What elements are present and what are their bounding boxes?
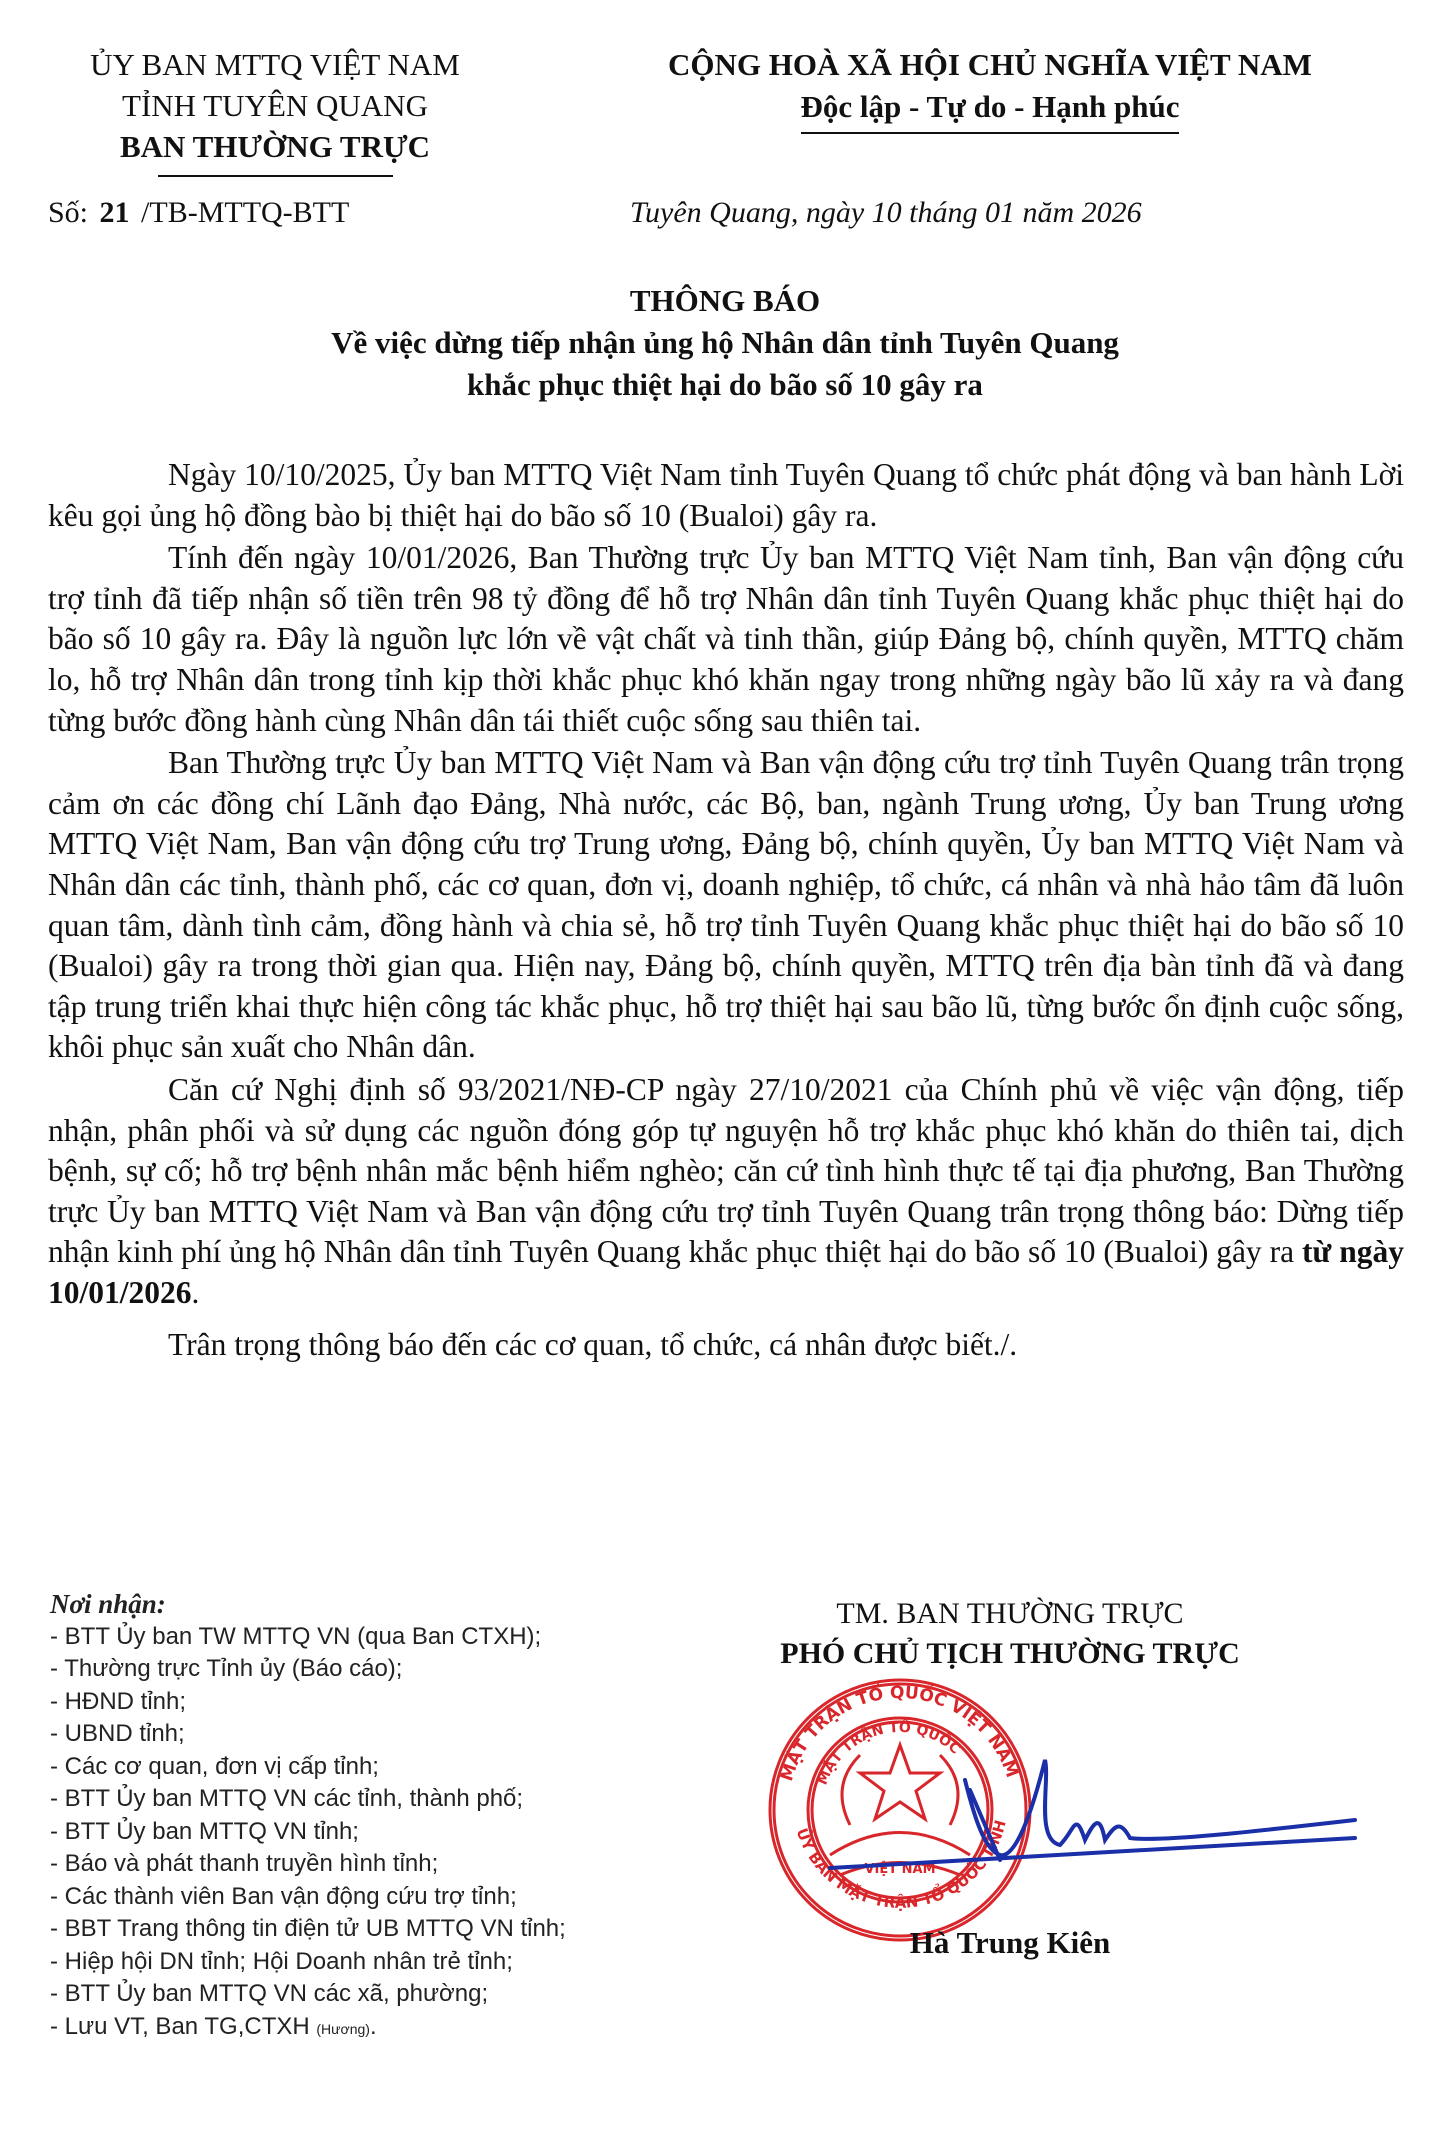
org-line-2: TỈNH TUYÊN QUANG [40,85,510,126]
on-behalf-of: TM. BAN THƯỜNG TRỰC [700,1594,1320,1634]
header-divider [158,175,393,177]
recipients-title: Nơi nhận: [50,1588,690,1621]
paragraph-5: Trân trọng thông báo đến các cơ quan, tổ… [48,1325,1404,1366]
recipient-note: (Hương) [316,2021,370,2037]
recipient-item: - BBT Trang thông tin điện tử UB MTTQ VN… [50,1913,690,1946]
paragraph-3: Ban Thường trực Ủy ban MTTQ Việt Nam và … [48,743,1404,1068]
handwritten-signature-icon [800,1720,1360,1920]
document-title: THÔNG BÁO Về việc dừng tiếp nhận ủng hộ … [100,280,1350,406]
recipient-item: - BTT Ủy ban MTTQ VN các tỉnh, thành phố… [50,1783,690,1816]
document-number: Số: 21 /TB-MTTQ-BTT [48,196,349,230]
recipient-item: - UBND tỉnh; [50,1718,690,1751]
paragraph-4-end: . [192,1275,200,1310]
country-name: CỘNG HOÀ XÃ HỘI CHỦ NGHĨA VIỆT NAM [560,44,1420,86]
recipient-item: - Các cơ quan, đơn vị cấp tỉnh; [50,1751,690,1784]
national-motto: Độc lập - Tự do - Hạnh phúc [801,86,1180,134]
recipients-list: Nơi nhận: - BTT Ủy ban TW MTTQ VN (qua B… [50,1588,690,2045]
recipient-item: - Các thành viên Ban vận động cứu trợ tỉ… [50,1881,690,1914]
subject-line-2: khắc phục thiệt hại do bão số 10 gây ra [100,364,1350,406]
recipient-item: - Lưu VT, Ban TG,CTXH (Hương). [50,2011,690,2046]
recipient-archive: - Lưu VT, Ban TG,CTXH [50,2013,310,2040]
recipient-item: - BTT Ủy ban MTTQ VN các xã, phường; [50,1978,690,2011]
recipient-item: - BTT Ủy ban TW MTTQ VN (qua Ban CTXH); [50,1621,690,1654]
recipient-item: - HĐND tỉnh; [50,1686,690,1719]
number-suffix: /TB-MTTQ-BTT [141,196,349,229]
org-line-1: ỦY BAN MTTQ VIỆT NAM [40,44,510,85]
signer-position: PHÓ CHỦ TỊCH THƯỜNG TRỰC [700,1634,1320,1674]
number-value: 21 [100,196,130,229]
signer-name: Hà Trung Kiên [820,1925,1200,1961]
recipient-item: - Thường trực Tỉnh ủy (Báo cáo); [50,1653,690,1686]
recipient-end: . [370,2013,377,2040]
national-heading: CỘNG HOÀ XÃ HỘI CHỦ NGHĨA VIỆT NAM Độc l… [560,44,1420,134]
document-body: Ngày 10/10/2025, Ủy ban MTTQ Việt Nam tỉ… [48,455,1404,1366]
recipient-item: - Báo và phát thanh truyền hình tỉnh; [50,1848,690,1881]
document-type: THÔNG BÁO [100,280,1350,322]
issuing-authority: ỦY BAN MTTQ VIỆT NAM TỈNH TUYÊN QUANG BA… [40,44,510,177]
subject-line-1: Về việc dừng tiếp nhận ủng hộ Nhân dân t… [100,322,1350,364]
signature-block: TM. BAN THƯỜNG TRỰC PHÓ CHỦ TỊCH THƯỜNG … [700,1594,1320,1674]
recipient-item: - BTT Ủy ban MTTQ VN tỉnh; [50,1816,690,1849]
number-prefix: Số: [48,196,88,229]
paragraph-2: Tính đến ngày 10/01/2026, Ban Thường trự… [48,538,1404,741]
recipient-item: - Hiệp hội DN tỉnh; Hội Doanh nhân trẻ t… [50,1946,690,1979]
paragraph-1: Ngày 10/10/2025, Ủy ban MTTQ Việt Nam tỉ… [48,455,1404,536]
paragraph-4: Căn cứ Nghị định số 93/2021/NĐ-CP ngày 2… [48,1070,1404,1314]
paragraph-4-text: Căn cứ Nghị định số 93/2021/NĐ-CP ngày 2… [48,1072,1404,1269]
dateline: Tuyên Quang, ngày 10 tháng 01 năm 2026 [630,196,1142,230]
org-line-3: BAN THƯỜNG TRỰC [40,126,510,167]
